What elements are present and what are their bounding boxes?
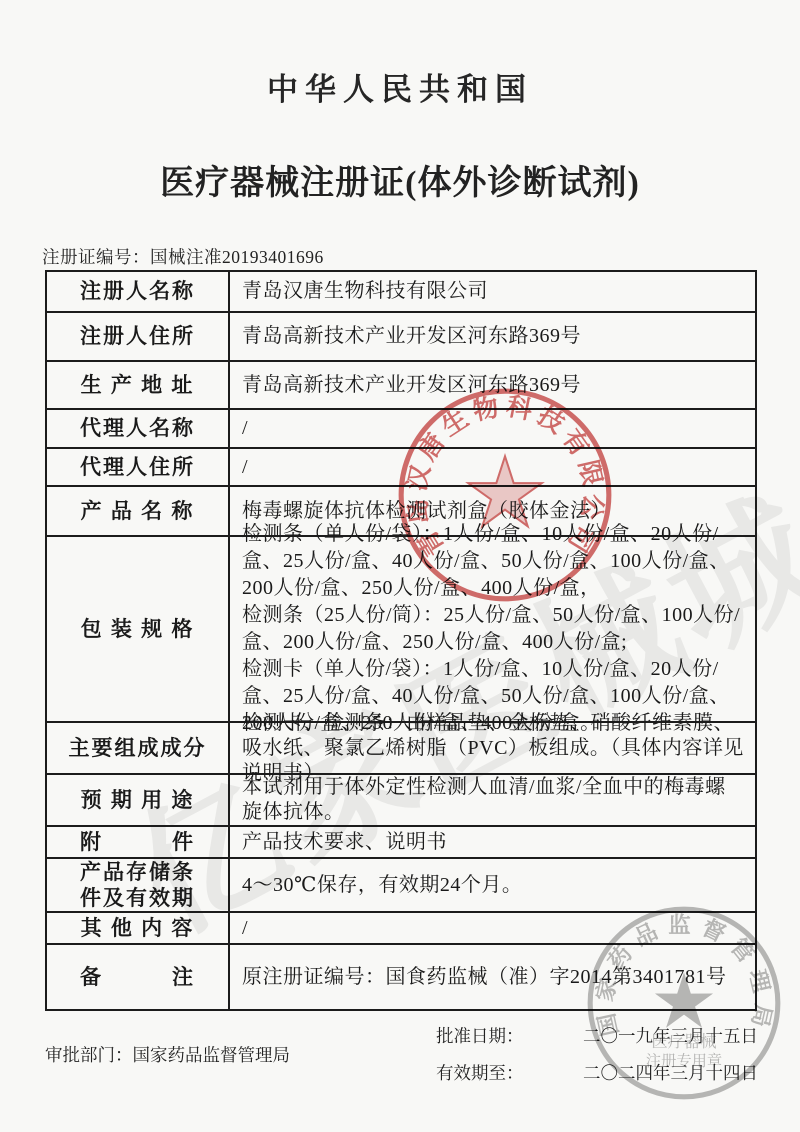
certificate-title: 医疗器械注册证(体外诊断试剂) — [0, 155, 800, 204]
approval-date-label: 批准日期： — [436, 1023, 524, 1048]
row-label: 产 品 名 称 — [47, 487, 230, 535]
row-value: 青岛汉唐生物科技有限公司 — [230, 272, 755, 311]
row-label: 产品存储条 件及有效期 — [47, 859, 230, 911]
row-label: 备 注 — [47, 945, 230, 1009]
certificate-page: 亿家医械城 中华人民共和国 医疗器械注册证(体外诊断试剂) 注册证编号：国械注准… — [0, 0, 800, 1132]
table-row: 附 件 产品技术要求、说明书 — [47, 827, 755, 859]
row-label: 其 他 内 容 — [47, 913, 230, 943]
certificate-table: 注册人名称 青岛汉唐生物科技有限公司 注册人住所 青岛高新技术产业开发区河东路3… — [45, 270, 757, 1011]
row-value: / — [230, 410, 755, 447]
row-label: 预 期 用 途 — [47, 775, 230, 825]
approval-dept-value: 国家药品监督管理局 — [133, 1045, 291, 1065]
row-value: 检测卡、检测条：由样品垫、金标垫、硝酸纤维素膜、吸水纸、聚氯乙烯树脂（PVC）板… — [230, 723, 755, 773]
table-row: 注册人名称 青岛汉唐生物科技有限公司 — [47, 272, 755, 313]
table-row: 代理人住所 / — [47, 449, 755, 487]
approval-date-value: 二〇一九年三月十五日 — [583, 1023, 758, 1048]
row-label: 包 装 规 格 — [47, 537, 230, 721]
row-value: 青岛高新技术产业开发区河东路369号 — [230, 313, 755, 360]
row-label: 代理人名称 — [47, 410, 230, 447]
row-label: 附 件 — [47, 827, 230, 857]
table-row: 备 注 原注册证编号：国食药监械（准）字2014第3401781号 — [47, 945, 755, 1009]
table-row: 代理人名称 / — [47, 410, 755, 449]
table-row: 其 他 内 容 / — [47, 913, 755, 945]
table-row: 主要组成成分 检测卡、检测条：由样品垫、金标垫、硝酸纤维素膜、吸水纸、聚氯乙烯树… — [47, 723, 755, 775]
row-value: 4～30℃保存，有效期24个月。 — [230, 859, 755, 911]
table-row: 产品存储条 件及有效期 4～30℃保存，有效期24个月。 — [47, 859, 755, 913]
valid-until-label: 有效期至： — [436, 1060, 524, 1085]
registration-number-line: 注册证编号：国械注准20193401696 — [42, 244, 324, 269]
row-label: 主要组成成分 — [47, 723, 230, 773]
row-value: 原注册证编号：国食药监械（准）字2014第3401781号 — [230, 945, 755, 1009]
row-value: 检测条（单人份/袋）：1人份/盒、10人份/盒、20人份/盒、25人份/盒、40… — [230, 537, 755, 721]
table-row: 预 期 用 途 本试剂用于体外定性检测人血清/血浆/全血中的梅毒螺旋体抗体。 — [47, 775, 755, 827]
row-label: 生 产 地 址 — [47, 362, 230, 408]
approval-dept-line: 审批部门：国家药品监督管理局 — [45, 1042, 290, 1067]
valid-until-line: 有效期至： 二〇二四年三月十四日 — [436, 1060, 758, 1085]
approval-dept-label: 审批部门： — [45, 1045, 133, 1065]
table-row: 生 产 地 址 青岛高新技术产业开发区河东路369号 — [47, 362, 755, 410]
country-title: 中华人民共和国 — [0, 64, 800, 109]
approval-date-line: 批准日期： 二〇一九年三月十五日 — [436, 1023, 758, 1048]
table-row: 包 装 规 格 检测条（单人份/袋）：1人份/盒、10人份/盒、20人份/盒、2… — [47, 537, 755, 723]
table-row: 注册人住所 青岛高新技术产业开发区河东路369号 — [47, 313, 755, 362]
row-label: 注册人住所 — [47, 313, 230, 360]
row-value: 本试剂用于体外定性检测人血清/血浆/全血中的梅毒螺旋体抗体。 — [230, 775, 755, 825]
row-value: / — [230, 449, 755, 485]
row-value: 青岛高新技术产业开发区河东路369号 — [230, 362, 755, 408]
valid-until-value: 二〇二四年三月十四日 — [583, 1060, 758, 1085]
row-label: 代理人住所 — [47, 449, 230, 485]
row-value: 产品技术要求、说明书 — [230, 827, 755, 857]
row-label: 注册人名称 — [47, 272, 230, 311]
row-value: / — [230, 913, 755, 943]
